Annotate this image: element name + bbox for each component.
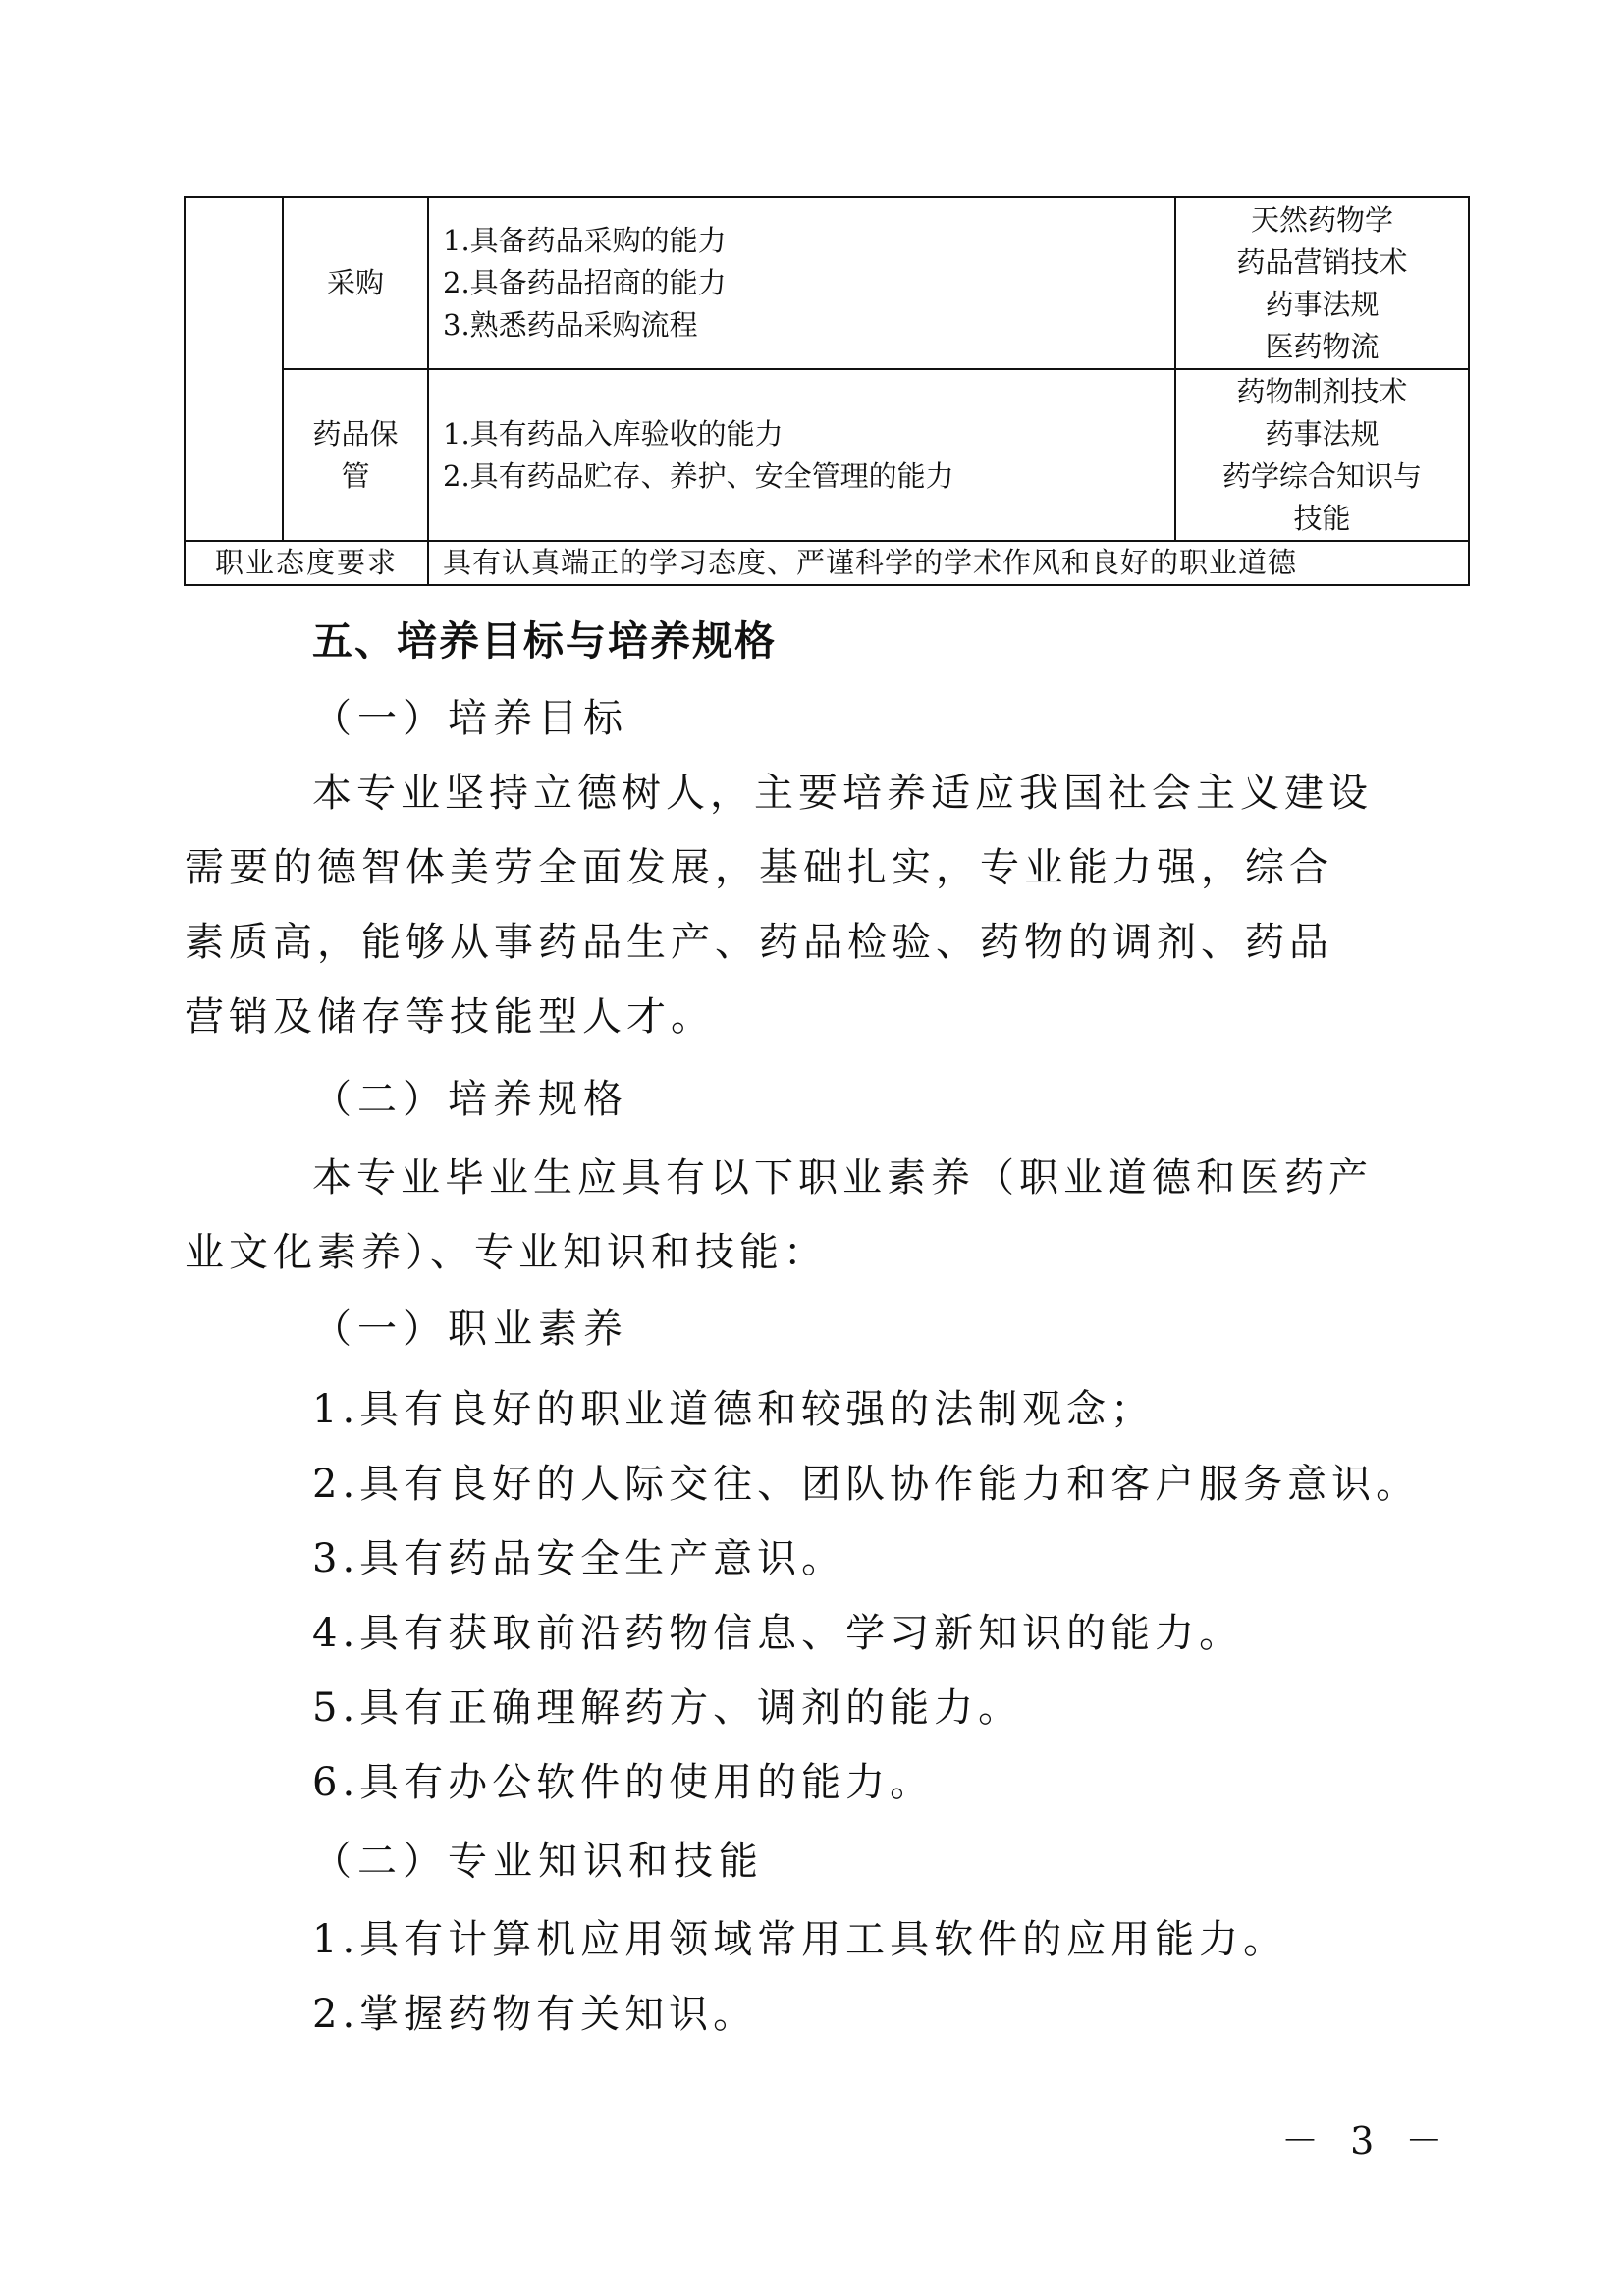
literacy-item: 2.具有良好的人际交往、团队协作能力和客户服务意识。: [312, 1453, 1420, 1509]
literacy-item: 4.具有获取前沿药物信息、学习新知识的能力。: [312, 1602, 1243, 1658]
goal-heading: （一）培养目标: [312, 687, 628, 743]
competency-table: 采购 1.具备药品采购的能力 2.具备药品招商的能力 3.熟悉药品采购流程 天然…: [184, 196, 1470, 586]
spec-intro-line: 本专业毕业生应具有以下职业素养（职业道德和医药产: [312, 1147, 1373, 1202]
table-row: 采购 1.具备药品采购的能力 2.具备药品招商的能力 3.熟悉药品采购流程 天然…: [185, 197, 1469, 369]
courses-cell: 药物制剂技术 药事法规 药学综合知识与 技能: [1175, 369, 1469, 541]
abilities-cell: 1.具备药品采购的能力 2.具备药品招商的能力 3.熟悉药品采购流程: [428, 197, 1175, 369]
course-item: 药事法规: [1176, 284, 1468, 326]
course-item: 药学综合知识与: [1176, 455, 1468, 498]
ability-item: 1.具备药品采购的能力: [443, 220, 1174, 262]
ability-item: 2.具备药品招商的能力: [443, 262, 1174, 304]
position-cell: 药品保 管: [283, 369, 428, 541]
table-row-attitude: 职业态度要求 具有认真端正的学习态度、严谨科学的学术作风和良好的职业道德: [185, 541, 1469, 585]
table-row: 药品保 管 1.具有药品入库验收的能力 2.具有药品贮存、养护、安全管理的能力 …: [185, 369, 1469, 541]
document-page: 采购 1.具备药品采购的能力 2.具备药品招商的能力 3.熟悉药品采购流程 天然…: [0, 0, 1624, 2296]
position-label: 药品保: [284, 413, 427, 455]
courses-cell: 天然药物学 药品营销技术 药事法规 医药物流: [1175, 197, 1469, 369]
attitude-value: 具有认真端正的学习态度、严谨科学的学术作风和良好的职业道德: [428, 541, 1469, 585]
course-item: 药物制剂技术: [1176, 371, 1468, 413]
spec-intro-line: 业文化素养）、专业知识和技能：: [185, 1221, 828, 1277]
position-label: 管: [284, 455, 427, 498]
ability-item: 1.具有药品入库验收的能力: [443, 413, 1174, 455]
ability-item: 2.具有药品贮存、养护、安全管理的能力: [443, 455, 1174, 498]
course-item: 医药物流: [1176, 326, 1468, 368]
goal-paragraph-line: 营销及储存等技能型人才。: [185, 986, 715, 1041]
position-label: 采购: [327, 266, 384, 299]
literacy-item: 1.具有良好的职业道德和较强的法制观念；: [312, 1378, 1155, 1434]
skills-heading: （二）专业知识和技能: [312, 1830, 764, 1886]
skills-item: 2.掌握药物有关知识。: [312, 1983, 757, 2039]
section-title: 五、培养目标与培养规格: [312, 609, 777, 667]
category-cell: [185, 197, 283, 541]
spec-heading: （二）培养规格: [312, 1068, 628, 1124]
course-item: 药品营销技术: [1176, 241, 1468, 284]
attitude-label: 职业态度要求: [185, 541, 428, 585]
literacy-item: 5.具有正确理解药方、调剂的能力。: [312, 1677, 1022, 1733]
goal-paragraph-line: 素质高，能够从事药品生产、药品检验、药物的调剂、药品: [185, 911, 1333, 967]
abilities-cell: 1.具有药品入库验收的能力 2.具有药品贮存、养护、安全管理的能力: [428, 369, 1175, 541]
goal-paragraph-line: 需要的德智体美劳全面发展，基础扎实，专业能力强，综合: [185, 836, 1333, 892]
position-cell: 采购: [283, 197, 428, 369]
course-item: 药事法规: [1176, 413, 1468, 455]
literacy-item: 6.具有办公软件的使用的能力。: [312, 1751, 934, 1807]
goal-paragraph-line: 本专业坚持立德树人，主要培养适应我国社会主义建设: [312, 762, 1373, 818]
skills-item: 1.具有计算机应用领域常用工具软件的应用能力。: [312, 1908, 1287, 1964]
literacy-item: 3.具有药品安全生产意识。: [312, 1527, 845, 1583]
literacy-heading: （一）职业素养: [312, 1298, 628, 1354]
course-item: 技能: [1176, 498, 1468, 540]
page-number: － 3 －: [1281, 2110, 1452, 2164]
course-item: 天然药物学: [1176, 199, 1468, 241]
ability-item: 3.熟悉药品采购流程: [443, 304, 1174, 347]
